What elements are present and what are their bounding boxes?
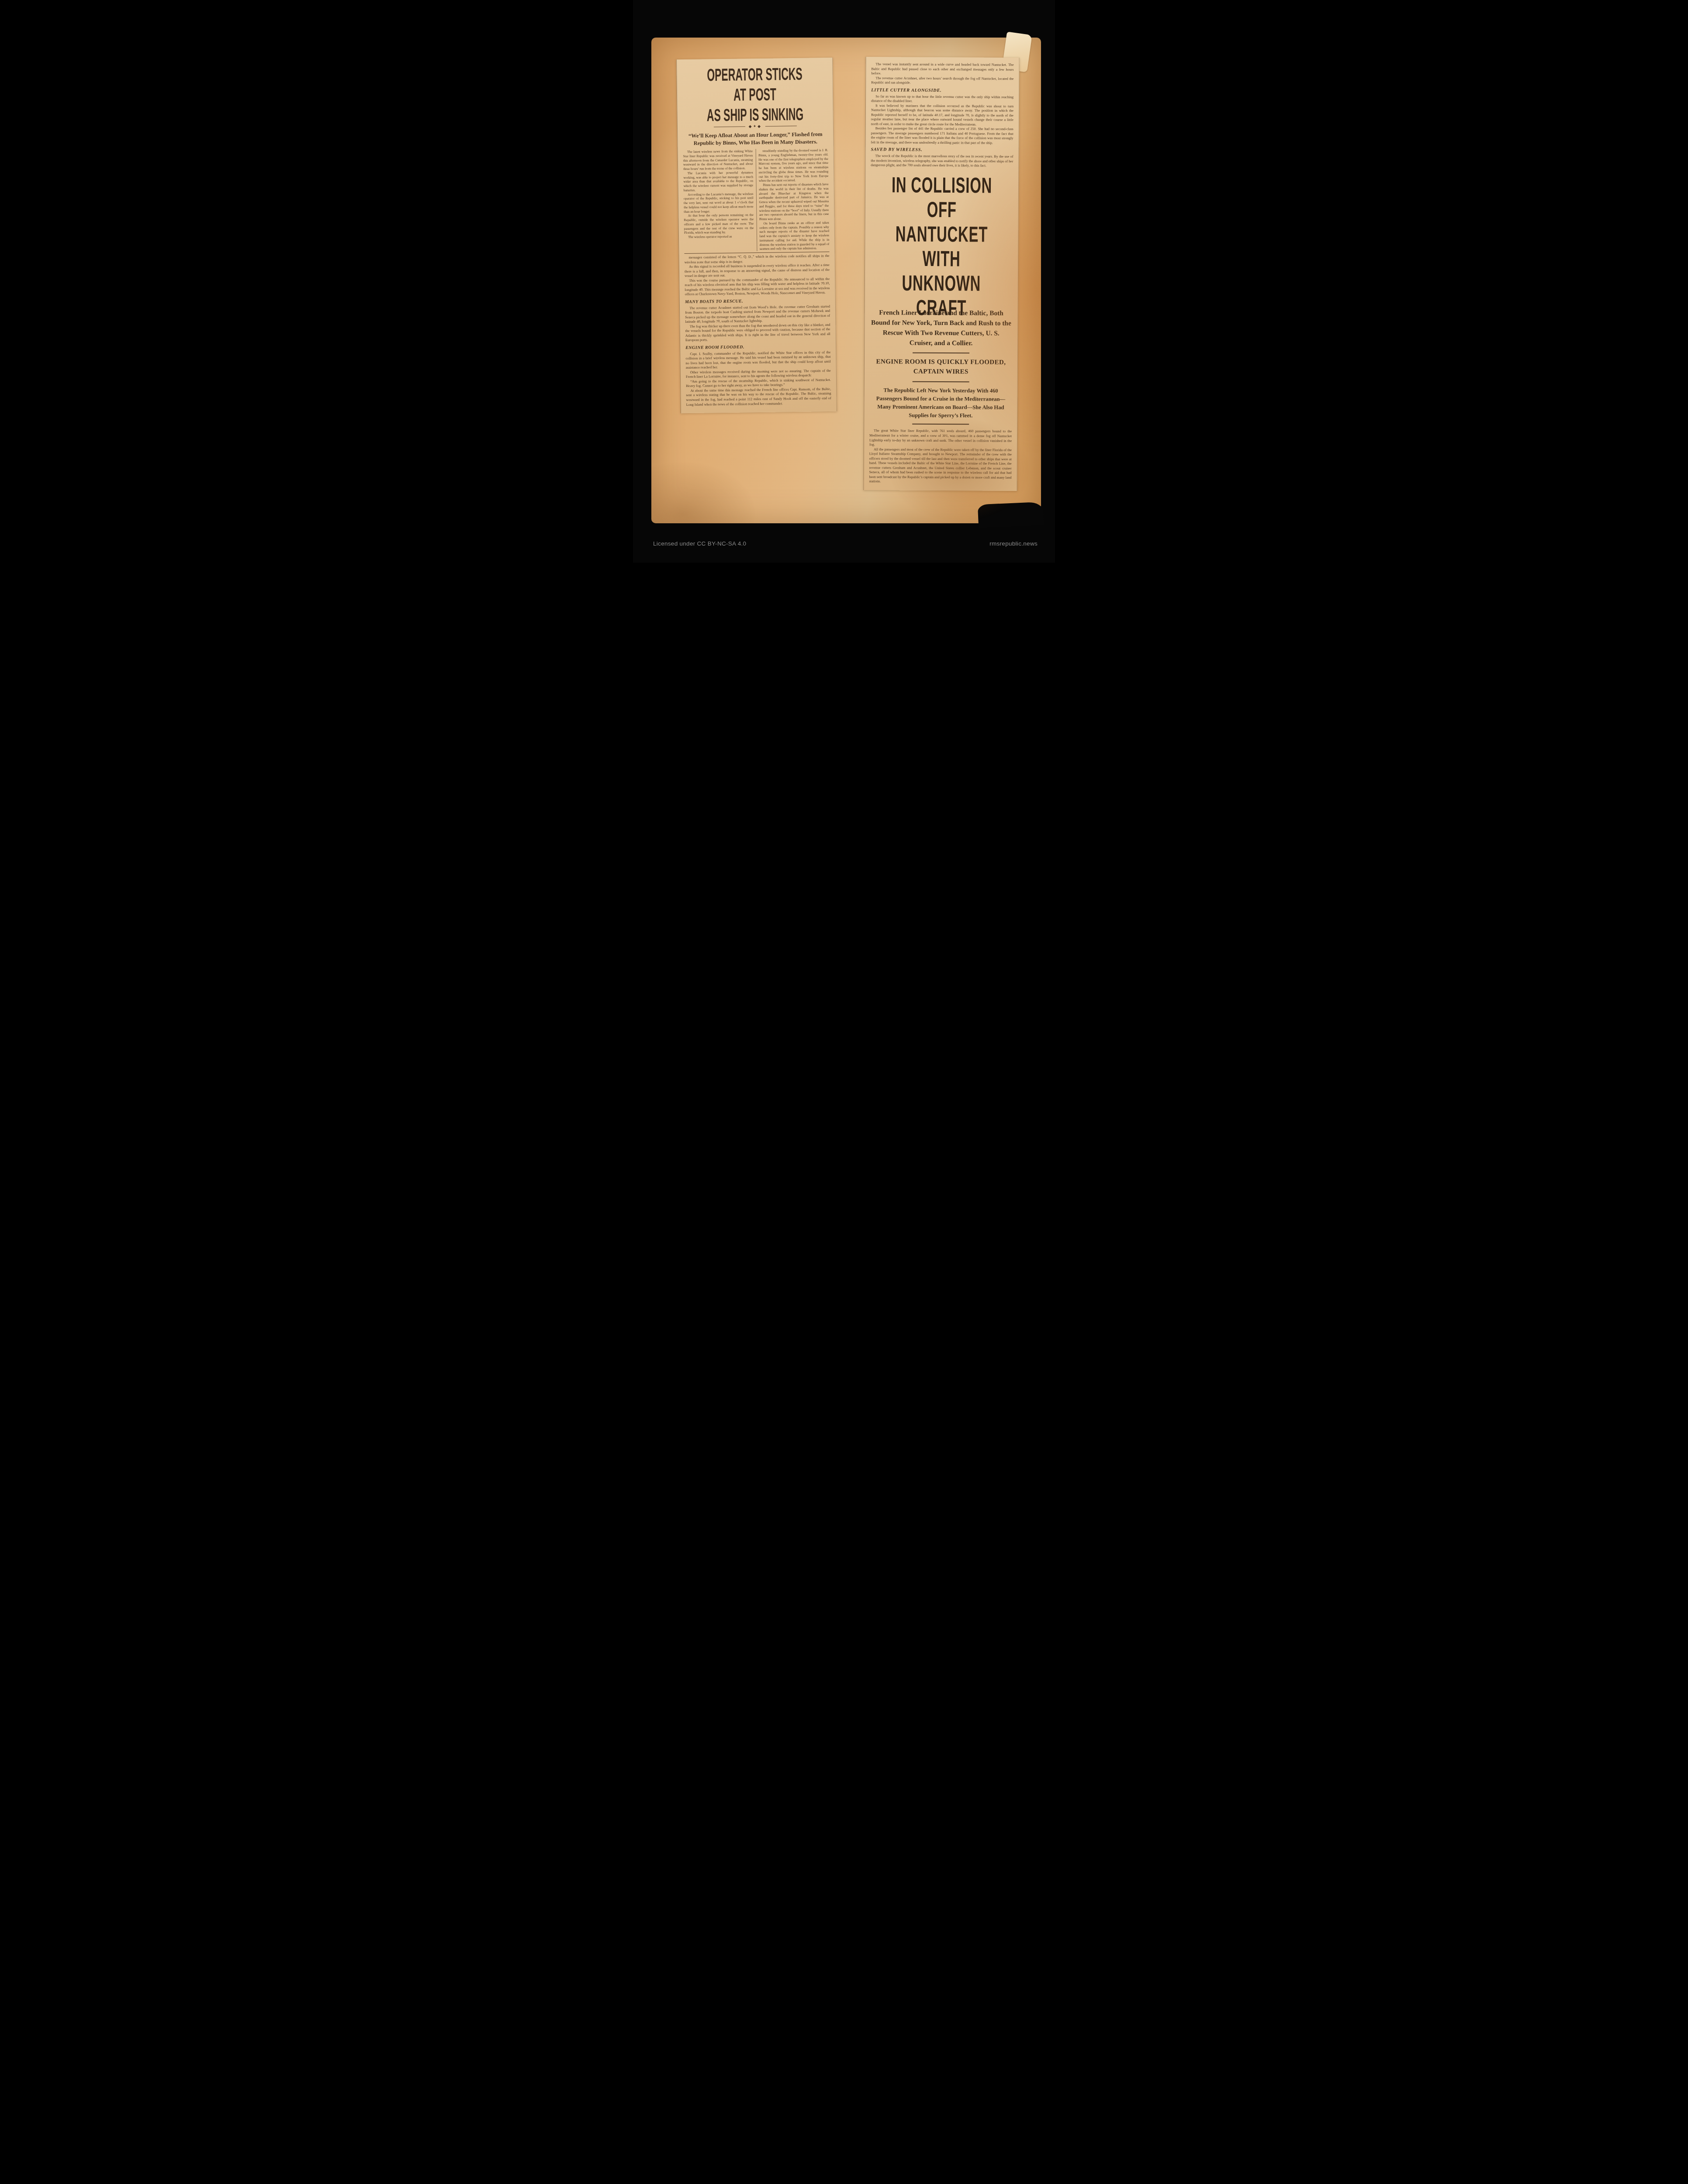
paragraph: So far as was known up to that hour the … (871, 94, 1013, 104)
paragraph: The revenue cutter Acushnet started out … (685, 304, 830, 325)
paragraph: At that hour the only persons remaining … (684, 213, 754, 235)
paragraph: The Lucania with her powerful dynamos wo… (683, 170, 753, 193)
left-article-headline: OPERATOR STICKS AT POST AS SHIP IS SINKI… (701, 64, 809, 126)
paragraph: Capt. I. Sealby, commander of the Republ… (685, 350, 830, 370)
left-newspaper-clipping: OPERATOR STICKS AT POST AS SHIP IS SINKI… (676, 58, 837, 413)
paragraph: The great White Star liner Republic, wit… (869, 429, 1012, 448)
paragraph: This was the course pursued by the comma… (685, 277, 830, 297)
section-little-cutter-body: So far as was known up to that hour the … (871, 94, 1014, 145)
page-bottom-tear (978, 502, 1044, 528)
photo-of-scrapbook-page: OPERATOR STICKS AT POST AS SHIP IS SINKI… (633, 0, 1055, 563)
paragraph: At about the same time this message reac… (686, 387, 831, 407)
horizontal-rule (913, 352, 969, 354)
right-newspaper-clipping: The vessel was instantly sent around in … (863, 57, 1019, 491)
right-article-body: The great White Star liner Republic, wit… (869, 429, 1012, 485)
right-article-deck-headline: ENGINE ROOM IS QUICKLY FLOODED, CAPTAIN … (870, 358, 1012, 377)
right-top-body: The vessel was instantly sent around in … (871, 62, 1013, 86)
left-article-body: messages consisted of the letters “C. Q.… (685, 254, 830, 297)
paragraph: It was believed by mariners that the col… (871, 104, 1013, 127)
paragraph: On board Binns ranks as an officer and t… (759, 221, 829, 251)
section-saved-by-wireless-body: The wreck of the Republic is the most ma… (871, 154, 1013, 168)
site-watermark: rmsrepublic.news (989, 540, 1038, 547)
section-head-saved-by-wireless: SAVED BY WIRELESS. (871, 147, 1013, 153)
paragraph: As this signal is recorded all business … (685, 263, 830, 279)
column-b: steadfastly standing by the doomed vesse… (755, 148, 829, 251)
paragraph: Besides her passenger list of 441 the Re… (871, 126, 1013, 145)
paragraph: The wreck of the Republic is the most ma… (871, 154, 1013, 168)
column-a: The latest wireless news from the sinkin… (683, 149, 754, 252)
section-many-boats-body: The revenue cutter Acushnet started out … (685, 304, 830, 343)
paragraph: The fog was thicker up there even than t… (685, 323, 830, 343)
paragraph: The vessel was instantly sent around in … (871, 62, 1013, 76)
horizontal-rule (912, 381, 969, 383)
scrapbook-page: OPERATOR STICKS AT POST AS SHIP IS SINKI… (651, 38, 1041, 523)
paragraph: steadfastly standing by the doomed vesse… (758, 148, 828, 183)
paragraph: The wireless operator reported as (684, 234, 754, 239)
section-head-many-boats: MANY BOATS TO RESCUE. (685, 298, 830, 304)
paragraph: Binns has sent out reports of disasters … (759, 182, 829, 221)
right-article-main-headline: IN COLLISION OFF NANTUCKET WITH UNKNOWN … (884, 173, 999, 320)
paragraph: According to the Lucania’s message, the … (684, 192, 754, 214)
left-article-subhead: “We’ll Keep Afloat About an Hour Longer,… (685, 131, 826, 147)
right-article-deck: The Republic Left New York Yesterday Wit… (870, 386, 1011, 420)
horizontal-rule (912, 424, 969, 425)
license-watermark: Licensed under CC BY-NC-SA 4.0 (653, 540, 746, 547)
paragraph: All the passengers and most of the crew … (869, 447, 1011, 485)
section-head-little-cutter: LITTLE CUTTER ALONGSIDE. (871, 88, 1013, 93)
paragraph: The latest wireless news from the sinkin… (683, 149, 753, 171)
two-column-text-block: The latest wireless news from the sinkin… (683, 148, 830, 254)
paragraph: The revenue cutter Acushnet, after two h… (871, 76, 1013, 86)
section-head-engine-room-flooded: ENGINE ROOM FLOODED. (685, 344, 830, 350)
section-engine-room-body: Capt. I. Sealby, commander of the Republ… (685, 350, 831, 407)
